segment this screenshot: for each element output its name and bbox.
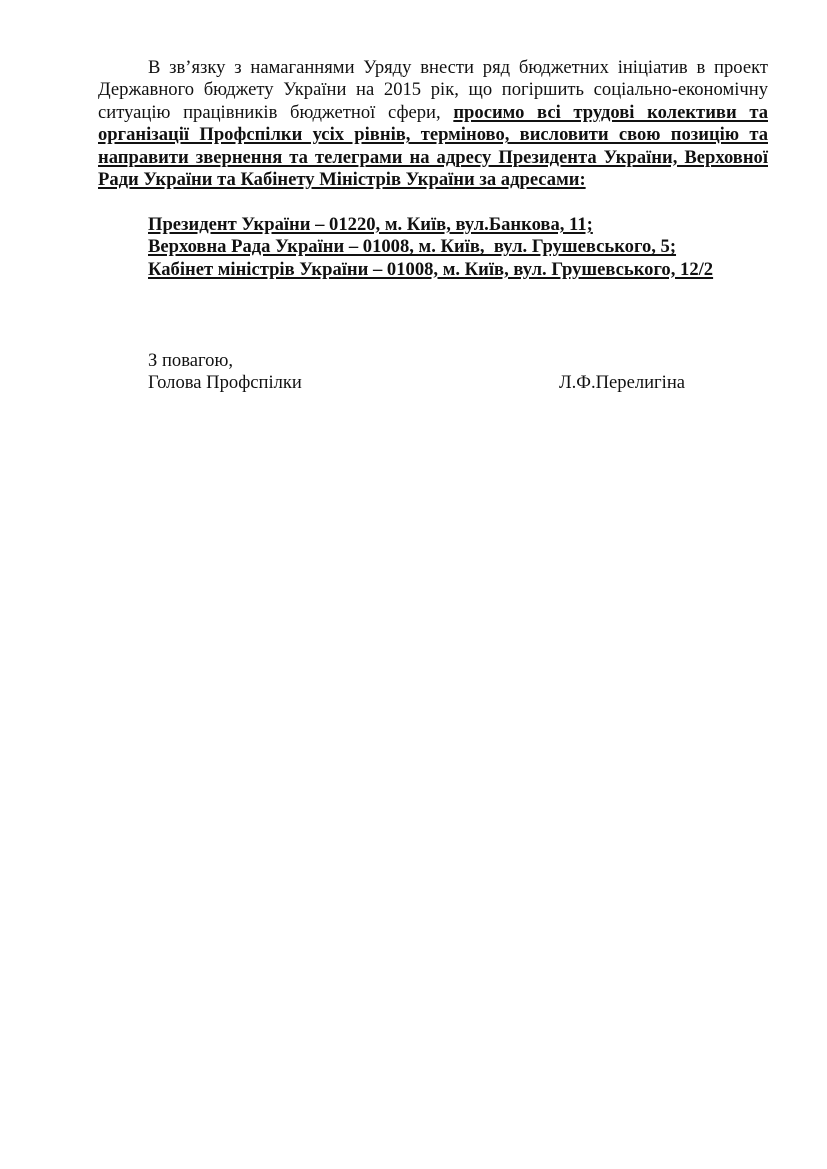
address-cabinet-of-ministers: Кабінет міністрів України – 01008, м. Ки… — [148, 259, 788, 281]
signatory-title: Голова Профспілки — [148, 372, 302, 394]
address-list: Президент України – 01220, м. Київ, вул.… — [148, 214, 788, 281]
closing-salutation: З повагою, — [148, 350, 233, 372]
letter-body-paragraph: В зв’язку з намаганнями Уряду внести ряд… — [98, 57, 768, 191]
document-page: В зв’язку з намаганнями Уряду внести ряд… — [0, 0, 827, 1169]
address-president: Президент України – 01220, м. Київ, вул.… — [148, 214, 788, 236]
address-verkhovna-rada: Верховна Рада України – 01008, м. Київ, … — [148, 236, 788, 258]
signatory-name: Л.Ф.Перелигіна — [559, 372, 685, 394]
